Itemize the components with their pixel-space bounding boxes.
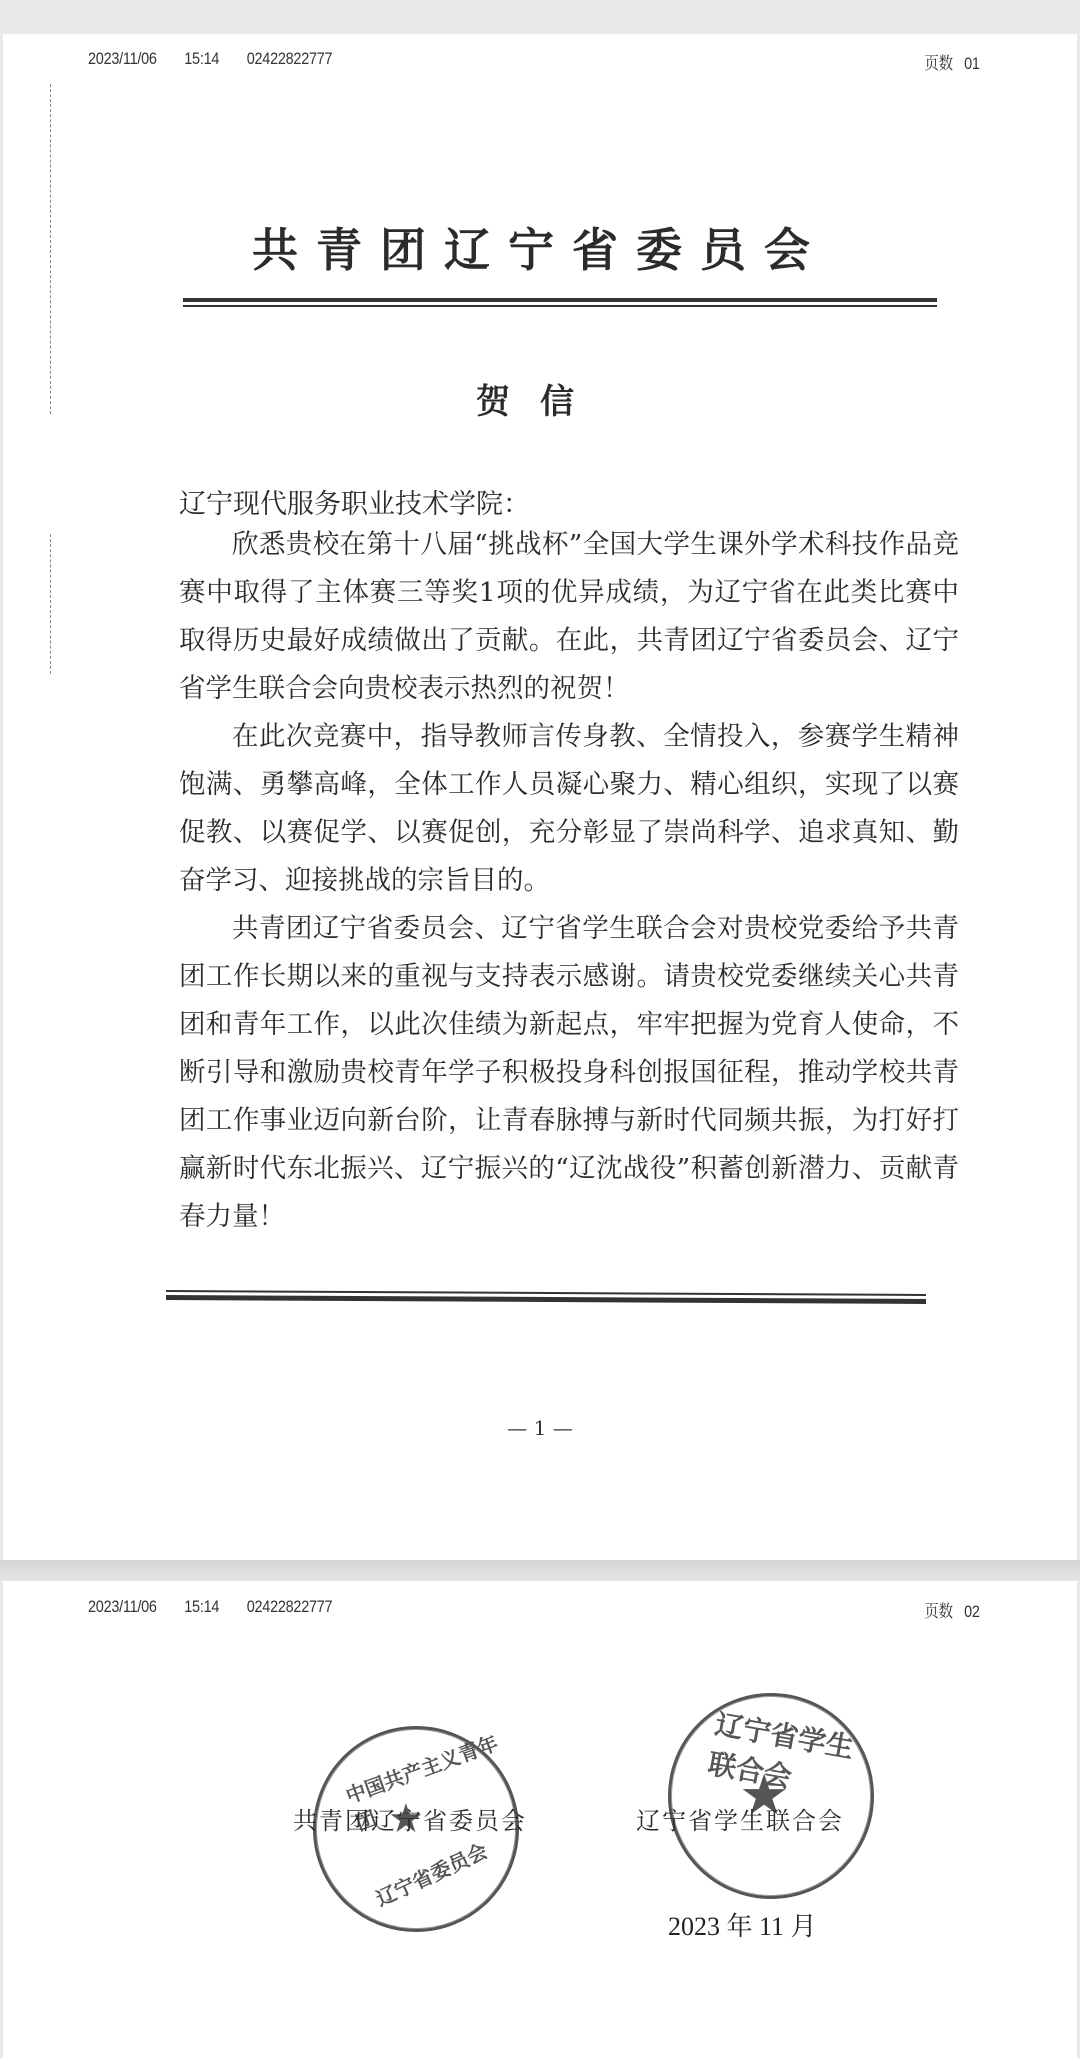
paragraph-3: 共青团辽宁省委员会、辽宁省学生联合会对贵校党委给予共青团工作长期以来的重视与支持… (179, 905, 959, 1241)
issue-date: 2023 年 11 月 (668, 1906, 817, 1943)
signature-student-federation: 辽宁省学生联合会 (636, 1801, 844, 1836)
signature-youth-league: 共青团辽宁省委员会 (293, 1801, 527, 1836)
page-count-value: 01 (964, 54, 980, 73)
fax-header-info: 2023/11/06 15:14 02422822777 (88, 49, 356, 69)
page-count-value: 02 (964, 1602, 980, 1621)
letter-body: 欣悉贵校在第十八届“挑战杯”全国大学生课外学术科技作品竞赛中取得了主体赛三等奖1… (179, 521, 959, 1241)
fax-header-info: 2023/11/06 15:14 02422822777 (88, 1597, 356, 1617)
fax-date: 2023/11/06 (88, 49, 157, 68)
fax-time: 15:14 (184, 49, 219, 68)
fax-page-count: 页数 01 (924, 49, 979, 74)
paragraph-2: 在此次竞赛中，指导教师言传身教、全情投入，参赛学生精神饱满、勇攀高峰，全体工作人… (179, 713, 959, 905)
fax-header: 2023/11/06 15:14 02422822777 页数 01 (88, 49, 852, 69)
page-number: — 1 — (3, 1416, 1077, 1440)
salutation: 辽宁现代服务职业技术学院： (179, 482, 530, 521)
fax-time: 15:14 (184, 1597, 219, 1616)
header-rule-thick (183, 298, 937, 302)
seal-bottom-text: 辽宁省委员会 (370, 1835, 491, 1912)
page-count-label: 页数 (924, 54, 952, 73)
fax-number: 02422822777 (247, 49, 333, 68)
fax-number: 02422822777 (247, 1597, 333, 1616)
fax-page-1: 2023/11/06 15:14 02422822777 页数 01 共青团辽宁… (3, 34, 1077, 1560)
fax-header: 2023/11/06 15:14 02422822777 页数 02 (88, 1597, 852, 1617)
org-title: 共青团辽宁省委员会 (3, 214, 1077, 280)
scan-edge-mark (50, 534, 52, 674)
footer-rule-thick (166, 1295, 926, 1304)
fax-date: 2023/11/06 (88, 1597, 157, 1616)
header-rule-thin (183, 305, 937, 307)
paragraph-1: 欣悉贵校在第十八届“挑战杯”全国大学生课外学术科技作品竞赛中取得了主体赛三等奖1… (179, 521, 959, 713)
seal-top-text: 辽宁省学生联合会 (705, 1703, 876, 1810)
page-separator (0, 1560, 1080, 1581)
fax-page-count: 页数 02 (924, 1597, 979, 1622)
fax-page-2: 2023/11/06 15:14 02422822777 页数 02 中国共产主… (3, 1581, 1077, 2058)
page-count-label: 页数 (924, 1602, 952, 1621)
student-federation-seal: 辽宁省学生联合会 ★ (668, 1693, 874, 1899)
letter-title: 贺信 (3, 374, 1077, 423)
